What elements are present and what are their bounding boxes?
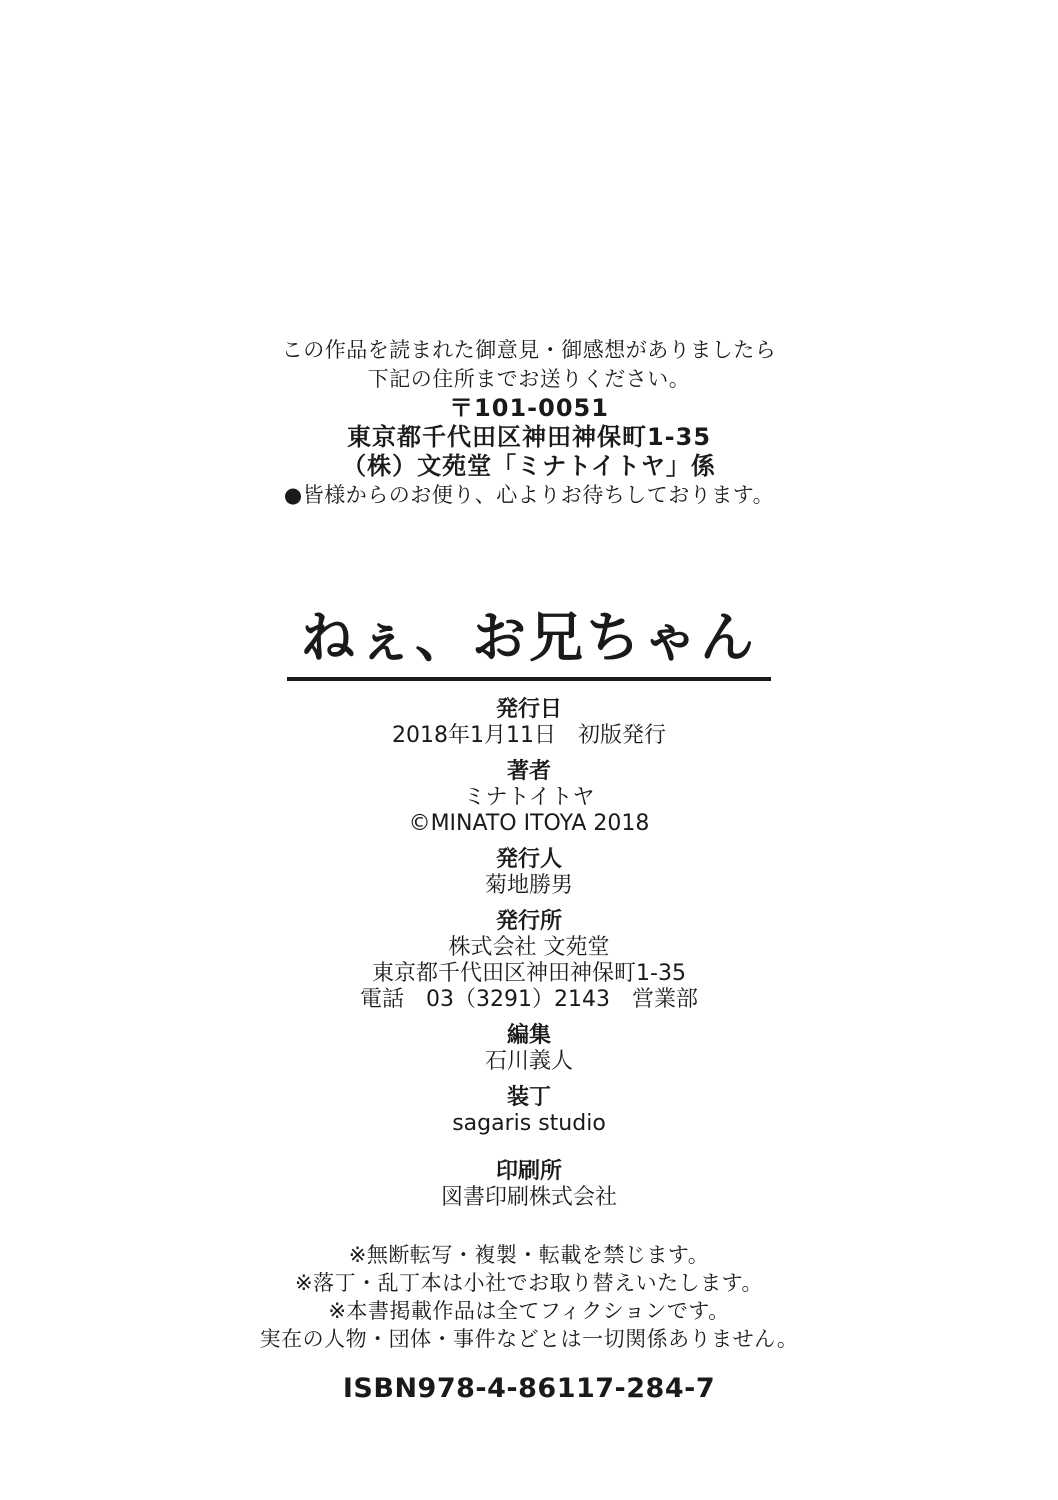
section-publication-date: 発行日 2018年1月11日 初版発行 bbox=[0, 697, 1058, 749]
feedback-closing: ●皆様からのお便り、心よりお待ちしております。 bbox=[0, 481, 1058, 510]
publication-date-value: 2018年1月11日 初版発行 bbox=[0, 723, 1058, 749]
recipient-line: （株）文苑堂「ミナトイトヤ」係 bbox=[0, 452, 1058, 481]
printer-name: 図書印刷株式会社 bbox=[0, 1185, 1058, 1211]
section-publisher-company: 発行所 株式会社 文苑堂 東京都千代田区神田神保町1-35 電話 03（3291… bbox=[0, 909, 1058, 1013]
colophon-sections: 発行日 2018年1月11日 初版発行 著者 ミナトイトヤ ©MINATO IT… bbox=[0, 697, 1058, 1211]
section-label: 発行所 bbox=[0, 909, 1058, 935]
editor-name: 石川義人 bbox=[0, 1049, 1058, 1075]
feedback-line-1: この作品を読まれた御意見・御感想がありましたら bbox=[0, 336, 1058, 365]
feedback-line-2: 下記の住所までお送りください。 bbox=[0, 365, 1058, 394]
section-author: 著者 ミナトイトヤ ©MINATO ITOYA 2018 bbox=[0, 759, 1058, 837]
notice-line-1: ※無断転写・複製・転載を禁じます。 bbox=[0, 1241, 1058, 1269]
section-printer: 印刷所 図書印刷株式会社 bbox=[0, 1159, 1058, 1211]
section-label: 印刷所 bbox=[0, 1159, 1058, 1185]
section-design: 装丁 sagaris studio bbox=[0, 1085, 1058, 1137]
copyright-notices: ※無断転写・複製・転載を禁じます。 ※落丁・乱丁本は小社でお取り替えいたします。… bbox=[0, 1241, 1058, 1353]
section-label: 装丁 bbox=[0, 1085, 1058, 1111]
title-block: ねぇ、お兄ちゃん bbox=[287, 608, 771, 681]
notice-line-2: ※落丁・乱丁本は小社でお取り替えいたします。 bbox=[0, 1269, 1058, 1297]
copyright-line: ©MINATO ITOYA 2018 bbox=[0, 811, 1058, 837]
notice-line-3: ※本書掲載作品は全てフィクションです。 bbox=[0, 1297, 1058, 1325]
notice-line-4: 実在の人物・団体・事件などとは一切関係ありません。 bbox=[0, 1325, 1058, 1353]
postal-code: 〒101-0051 bbox=[0, 394, 1058, 423]
colophon-page: この作品を読まれた御意見・御感想がありましたら 下記の住所までお送りください。 … bbox=[0, 0, 1058, 1404]
section-label: 著者 bbox=[0, 759, 1058, 785]
feedback-notice: この作品を読まれた御意見・御感想がありましたら 下記の住所までお送りください。 … bbox=[0, 0, 1058, 510]
publisher-company-address: 東京都千代田区神田神保町1-35 bbox=[0, 961, 1058, 987]
publisher-person-name: 菊地勝男 bbox=[0, 873, 1058, 899]
section-label: 発行人 bbox=[0, 847, 1058, 873]
section-editor: 編集 石川義人 bbox=[0, 1023, 1058, 1075]
publisher-address: 東京都千代田区神田神保町1-35 bbox=[0, 423, 1058, 452]
publisher-company-phone: 電話 03（3291）2143 営業部 bbox=[0, 987, 1058, 1013]
section-label: 編集 bbox=[0, 1023, 1058, 1049]
section-publisher-person: 発行人 菊地勝男 bbox=[0, 847, 1058, 899]
design-studio-name: sagaris studio bbox=[0, 1111, 1058, 1137]
book-title: ねぇ、お兄ちゃん bbox=[301, 608, 757, 667]
isbn-text: ISBN978-4-86117-284-7 bbox=[0, 1373, 1058, 1404]
publisher-company-name: 株式会社 文苑堂 bbox=[0, 935, 1058, 961]
section-label: 発行日 bbox=[0, 697, 1058, 723]
author-name: ミナトイトヤ bbox=[0, 785, 1058, 811]
